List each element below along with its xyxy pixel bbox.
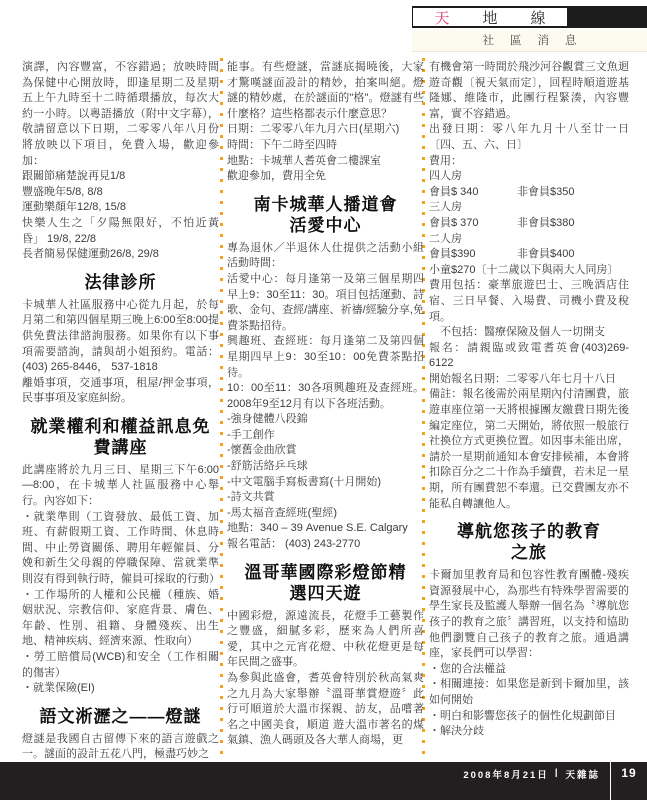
article-paragraph: 會員$ 370非會員$380 <box>429 216 629 232</box>
footer-divider: | <box>555 767 560 800</box>
article-paragraph: 豐盛晚年5/8, 8/8 <box>22 185 219 201</box>
text-column-1: 演譯，內容豐富，不容錯過；放映時間為保健中心開放時，即逢星期二及星期五上午九時至… <box>22 60 219 763</box>
masthead-char-xian: 線 <box>531 7 546 28</box>
article-paragraph: 報名：請親臨或致電耆英會(403)269-6122 <box>429 341 629 372</box>
article-paragraph: 費用： <box>429 154 629 170</box>
article-paragraph: 卡爾加里教育局和包容性教育團體-殘疾資源發展中心，為那些有特殊學習需要的學生家長… <box>429 568 629 662</box>
article-paragraph: ・您的合法權益 <box>429 662 629 678</box>
article-paragraph: 快樂人生之「夕陽無限好，不怕近黃昏」 19/8, 22/8 <box>22 216 219 247</box>
article-paragraph: 費用包括：豪華旅遊巴士、三晚酒店住宿、三日早餐、入場費、司機小費及稅項。 <box>429 278 629 325</box>
masthead-title: 天 地 線 <box>413 8 567 26</box>
footer-date: 2008年8月21日 <box>463 767 548 800</box>
masthead-char-di: 地 <box>482 7 497 28</box>
fee-nonmember-price: 非會員$400 <box>517 247 574 263</box>
article-paragraph: -馬太福音查經班(聖經) <box>227 506 424 522</box>
article-paragraph: 開始報名日期：二零零八年七月十八日 <box>429 372 629 388</box>
article-paragraph: -詩文共賞 <box>227 490 424 506</box>
article-paragraph: 地點：卡城華人耆英會二樓課室 <box>227 154 424 170</box>
article-paragraph: 卡城華人社區服務中心從九月起，於每月第二和第四個星期三晚上6:00至8:00提供… <box>22 298 219 376</box>
article-heading: 南卡城華人播道會 活愛中心 <box>227 194 424 236</box>
article-paragraph: 活愛中心：每月逢第一及第三個星期四早上9：30至11：30。項目包括運動、詩歌、… <box>227 272 424 334</box>
article-paragraph: 三人房 <box>429 200 629 216</box>
article-paragraph: 長者簡易保健運動26/8, 29/8 <box>22 247 219 263</box>
article-paragraph: ・明白和影響您孩子的個性化規劃節目 <box>429 709 629 725</box>
article-paragraph: ・就業準則（工資發放、最低工資、加班、有薪假期工資、工作時間、休息時間、中止勞資… <box>22 510 219 588</box>
fee-member-price: 會員$390 <box>429 247 517 263</box>
article-paragraph: 地點：340 – 39 Avenue S.E. Calgary <box>227 521 424 537</box>
article-paragraph: 會員$ 340非會員$350 <box>429 185 629 201</box>
text-column-2: 能事。有些燈謎，當謎底揭曉後，大家才驚嘆謎面設計的精妙，拍案叫絕。燈謎的精妙處，… <box>227 60 424 749</box>
article-heading: 導航您孩子的教育 之旅 <box>429 521 629 563</box>
masthead-char-tian: 天 <box>434 7 449 28</box>
article-paragraph: ・解決分歧 <box>429 724 629 740</box>
article-paragraph: 運動樂顏年12/8, 15/8 <box>22 200 219 216</box>
masthead: 天 地 線 <box>412 6 647 28</box>
footer-text: 2008年8月21日 | 天雜誌 <box>463 762 600 800</box>
article-paragraph: 興趣班、查經班：每月逢第二及第四個星期四早上9：30至10：00免費茶點招待。 <box>227 334 424 381</box>
article-paragraph: 時間：下午二時至四時 <box>227 138 424 154</box>
article-paragraph: -強身健體八段錦 <box>227 412 424 428</box>
text-column-3: 有機會第一時間於飛沙河谷觀賞三文魚迴遊奇觀〔視天氣而定〕，回程時順道遊基隆娜、維… <box>429 60 629 740</box>
article-paragraph: 跟關節痛楚說再見1/8 <box>22 169 219 185</box>
article-paragraph: 為參與此盛會，耆英會特別於秋高氣爽之九月為大家舉辦〝溫哥華賞燈遊〞此行可順道於大… <box>227 671 424 749</box>
article-heading: 就業權利和權益訊息免 費講座 <box>22 416 219 458</box>
article-heading: 法律診所 <box>22 272 219 293</box>
article-paragraph: -懷舊金曲欣賞 <box>227 443 424 459</box>
article-paragraph: 離婚事項，交通事項，租屋/押金事項，民事事項及家庭糾紛。 <box>22 376 219 407</box>
article-paragraph: 小童$270〔十二歲以下與兩大人同房〕 <box>429 263 629 279</box>
article-paragraph: 歡迎參加，費用全免 <box>227 169 424 185</box>
article-paragraph: 四人房 <box>429 169 629 185</box>
article-paragraph: 不包括：醫療保險及個人一切開支 <box>429 325 629 341</box>
article-paragraph: 中國彩燈，源遠流長，花燈手工藝製作之豐盛，細膩多彩，歷來為人們所喜愛，其中之元宵… <box>227 609 424 671</box>
section-title: 社區消息 <box>412 29 647 52</box>
fee-member-price: 會員$ 340 <box>429 185 517 201</box>
article-paragraph: -舒筋活絡乒乓球 <box>227 459 424 475</box>
article-paragraph: 此講座將於九月三日、星期三下午6:00—8:00，在卡城華人社區服務中心舉行。內… <box>22 463 219 510</box>
article-paragraph: 二人房 <box>429 232 629 248</box>
article-paragraph: 專為退休／半退休人仕提供之活動小組活動時間： <box>227 241 424 272</box>
article-paragraph: 能事。有些燈謎，當謎底揭曉後，大家才驚嘆謎面設計的精妙，拍案叫絕。燈謎的精妙處，… <box>227 60 424 122</box>
article-heading: 語文淅瀝之——燈謎 <box>22 706 219 727</box>
article-paragraph: ・工作場所的人權和公民權（種族、婚姻狀況、宗教信仰、家庭背景、膚色、年齡、性別、… <box>22 588 219 650</box>
article-paragraph: 出發日期：零八年九月十八至廿一日〔四、五、六、日〕 <box>429 122 629 153</box>
footer-bar: 2008年8月21日 | 天雜誌 19 <box>0 762 647 800</box>
article-paragraph: ・就業保險(EI) <box>22 681 219 697</box>
article-paragraph: 備註：報名後需於兩星期內付清團費，旅遊車座位第一天將根據團友繳費日期先後編定座位… <box>429 387 629 512</box>
article-paragraph: -手工創作 <box>227 428 424 444</box>
article-paragraph: 會員$390非會員$400 <box>429 247 629 263</box>
footer-magazine-name: 天雜誌 <box>565 767 600 800</box>
article-paragraph: 演譯，內容豐富，不容錯過；放映時間為保健中心開放時，即逢星期二及星期五上午九時至… <box>22 60 219 169</box>
fee-nonmember-price: 非會員$350 <box>517 185 574 201</box>
fee-member-price: 會員$ 370 <box>429 216 517 232</box>
dotted-column-separator <box>220 58 223 760</box>
article-paragraph: ・勞工賠償局(WCB)和安全（工作相關的傷害） <box>22 650 219 681</box>
page-number: 19 <box>611 762 647 800</box>
article-paragraph: 有機會第一時間於飛沙河谷觀賞三文魚迴遊奇觀〔視天氣而定〕，回程時順道遊基隆娜、維… <box>429 60 629 122</box>
fee-nonmember-price: 非會員$380 <box>517 216 574 232</box>
masthead-black-block <box>567 8 647 26</box>
magazine-page: 天 地 線 社區消息 演譯，內容豐富，不容錯過；放映時間為保健中心開放時，即逢星… <box>0 0 647 800</box>
article-paragraph: 10：00至11：30各項興趣班及查經班。 2008年9至12月有以下各班活動。 <box>227 381 424 412</box>
article-paragraph: 燈謎是我國自古留傳下來的語言遊戲之一。謎面的設計五花八門，極盡巧妙之 <box>22 732 219 763</box>
article-heading: 溫哥華國際彩燈節精 選四天遊 <box>227 562 424 604</box>
article-paragraph: 日期：二零零八年九月六日(星期六) <box>227 122 424 138</box>
article-paragraph: -中文電腦手寫板書寫(十月開始) <box>227 475 424 491</box>
article-paragraph: ・相關連接：如果您是新到卡爾加里，該如何開始 <box>429 677 629 708</box>
article-paragraph: 報名電話： (403) 243-2770 <box>227 537 424 553</box>
